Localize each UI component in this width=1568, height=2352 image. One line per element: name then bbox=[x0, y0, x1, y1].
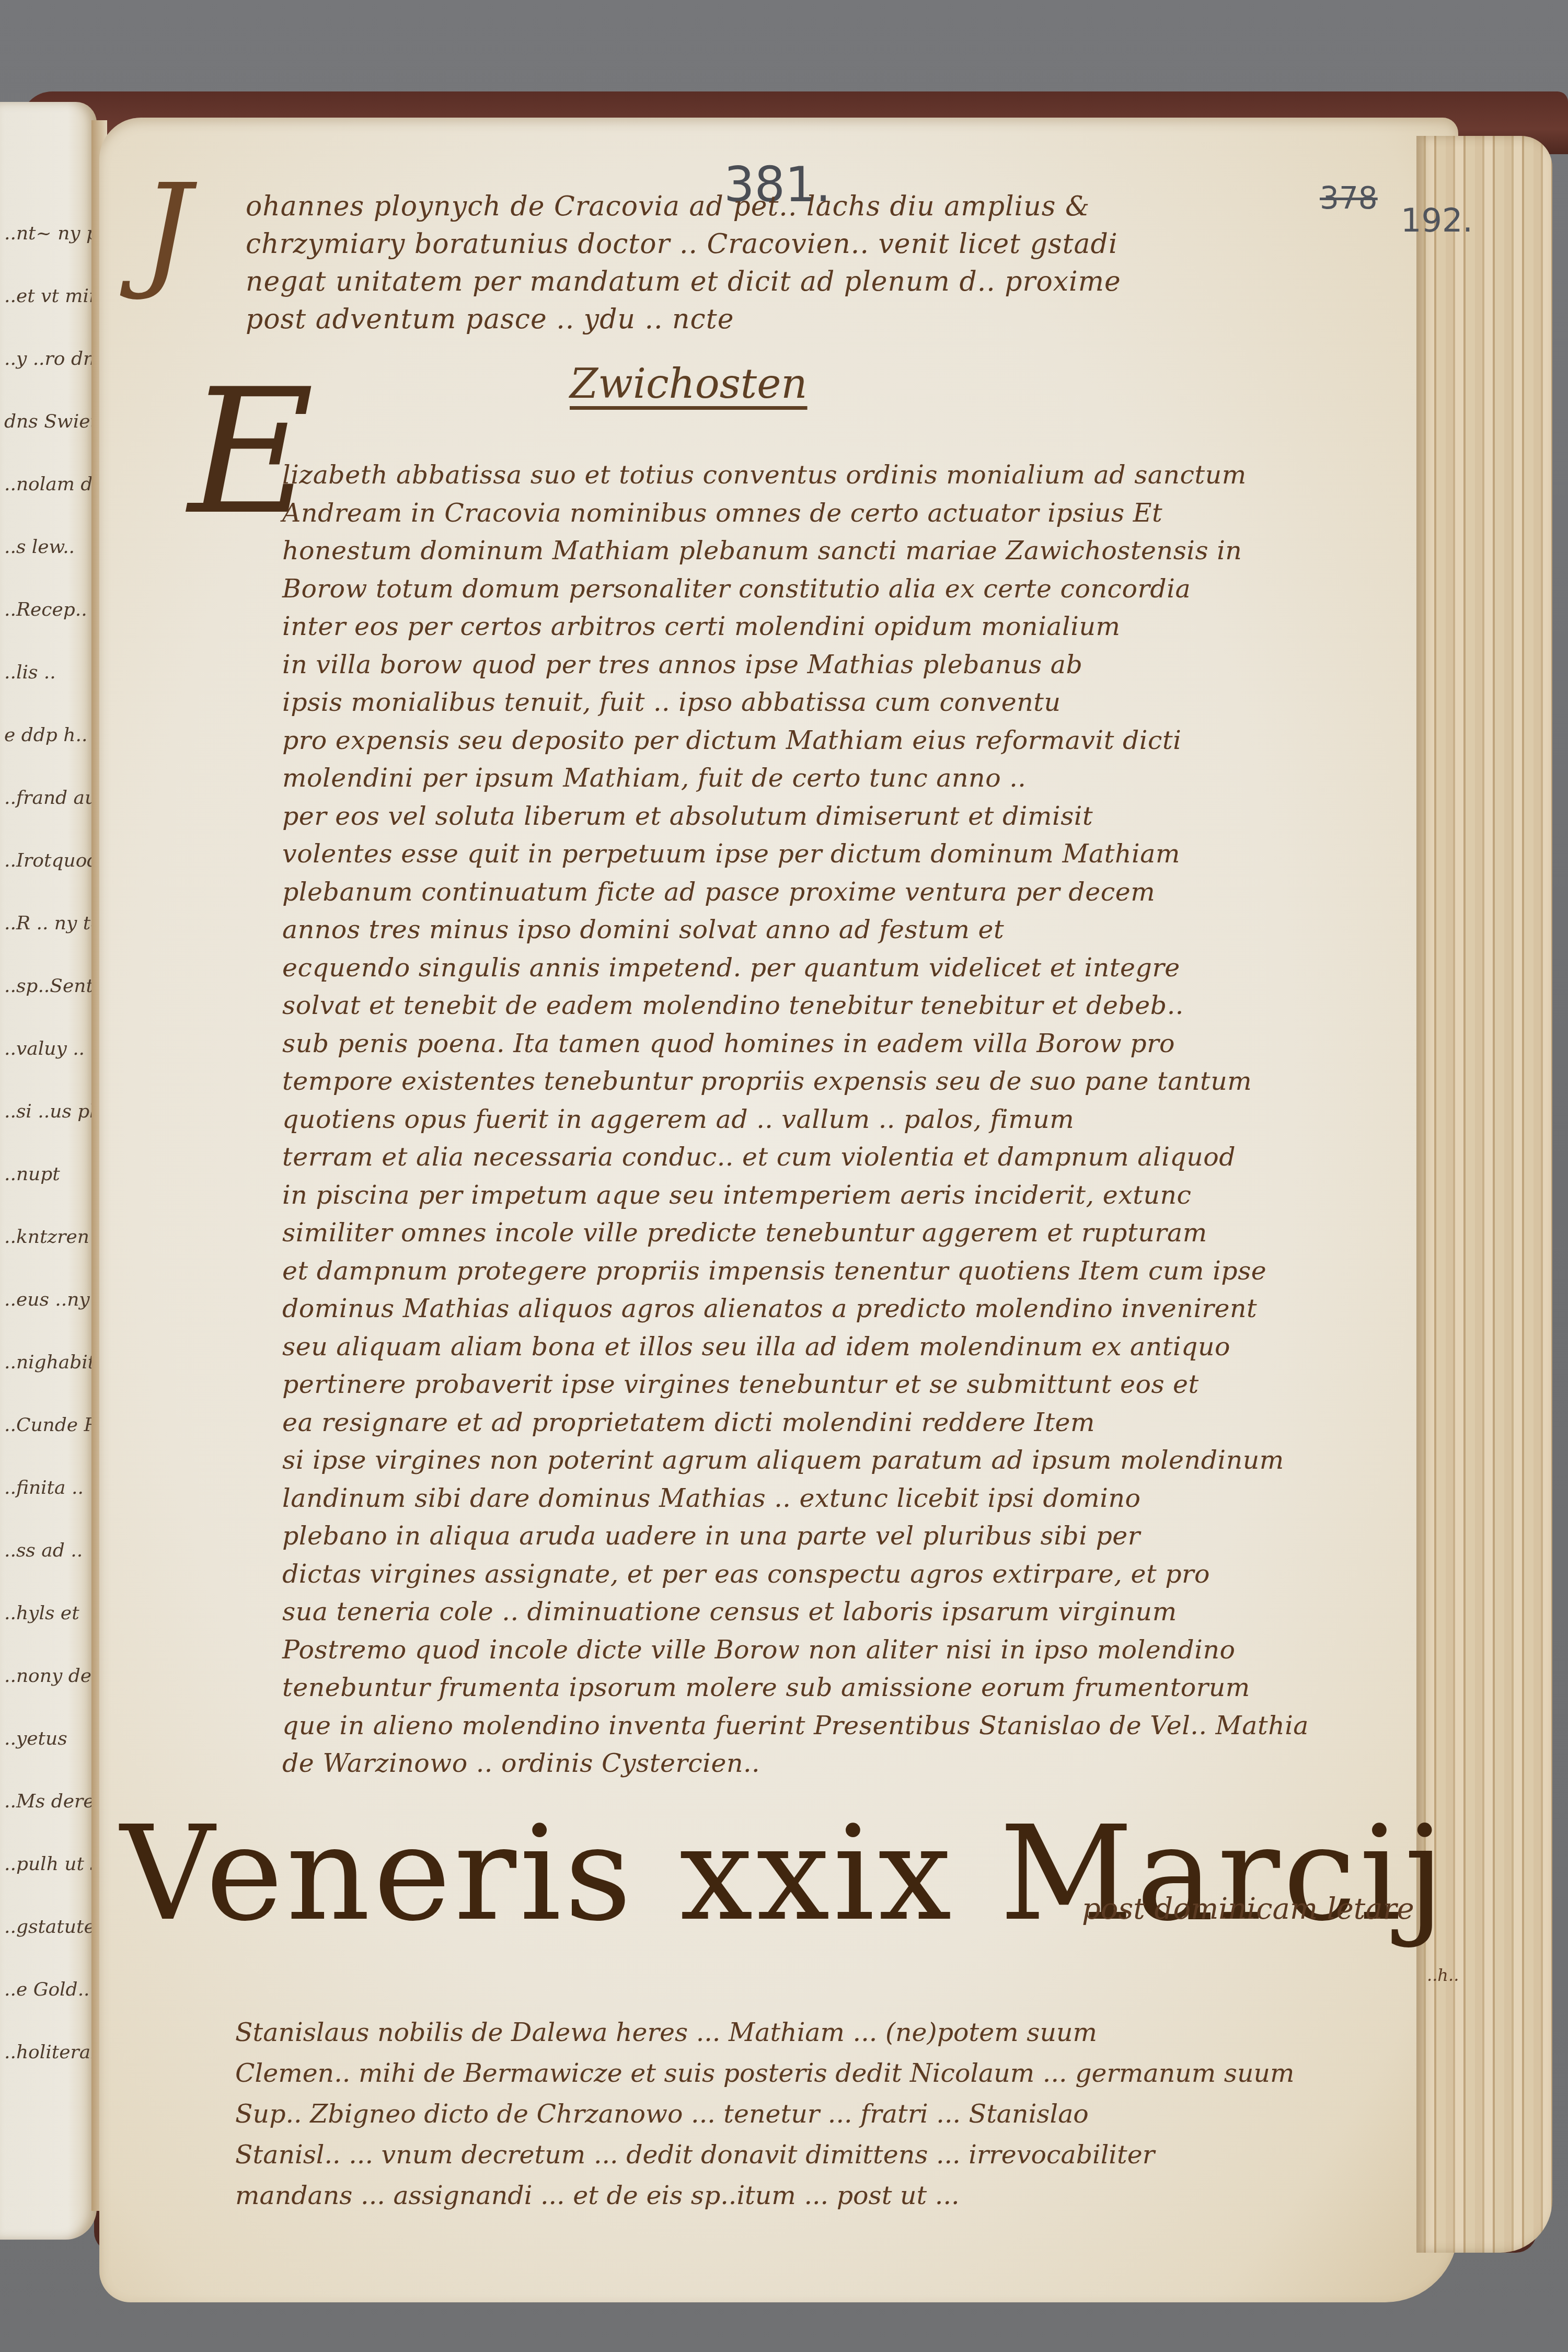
manuscript-line: ..Ms derey bbox=[4, 1790, 105, 1813]
manuscript-line: si ipse virgines non poterint agrum aliq… bbox=[282, 1445, 1284, 1475]
manuscript-line: ..yetus bbox=[4, 1727, 67, 1750]
decorated-initial-j: J bbox=[141, 157, 191, 303]
manuscript-line: ..s lew.. bbox=[4, 536, 75, 559]
manuscript-line: honestum dominum Mathiam plebanum sancti… bbox=[282, 536, 1242, 566]
place-heading: Zwichosten bbox=[570, 361, 808, 408]
manuscript-line: in piscina per impetum aque seu intemper… bbox=[282, 1180, 1192, 1210]
manuscript-line: et dampnum protegere propriis impensis t… bbox=[282, 1256, 1266, 1286]
manuscript-line: landinum sibi dare dominus Mathias .. ex… bbox=[282, 1483, 1141, 1513]
manuscript-line: ..lis .. bbox=[4, 661, 56, 684]
fore-edge-note: ..h.. bbox=[1427, 1965, 1459, 1985]
folio-number: 192. bbox=[1401, 201, 1473, 239]
manuscript-line: pro expensis seu deposito per dictum Mat… bbox=[282, 725, 1181, 755]
manuscript-line: quotiens opus fuerit in aggerem ad .. va… bbox=[282, 1104, 1074, 1134]
manuscript-line: ..kntzren bbox=[4, 1226, 89, 1249]
manuscript-line: solvat et tenebit de eadem molendino ten… bbox=[282, 990, 1184, 1020]
manuscript-line: ..nt~ ny pl bbox=[4, 222, 105, 245]
manuscript-line: Stanisl.. ... vnum decretum ... dedit do… bbox=[235, 2140, 1155, 2170]
manuscript-line: ohannes ploynych de Cracovia ad pet.. la… bbox=[246, 191, 1090, 222]
manuscript-line: dictas virgines assignate, et per eas co… bbox=[282, 1559, 1210, 1589]
manuscript-line: plebano in aliqua aruda uadere in una pa… bbox=[282, 1521, 1140, 1551]
manuscript-line: per eos vel soluta liberum et absolutum … bbox=[282, 801, 1093, 831]
manuscript-line: post adventum pasce .. ydu .. ncte bbox=[246, 304, 734, 335]
manuscript-line: ..eus ..ny bbox=[4, 1288, 90, 1311]
manuscript-line: inter eos per certos arbitros certi mole… bbox=[282, 612, 1120, 641]
manuscript-line: terram et alia necessaria conduc.. et cu… bbox=[282, 1142, 1236, 1172]
manuscript-line: seu aliquam aliam bona et illos seu illa… bbox=[282, 1332, 1230, 1362]
manuscript-line: ..hyls et bbox=[4, 1602, 79, 1625]
manuscript-line: mandans ... assignandi ... et de eis sp.… bbox=[235, 2181, 960, 2210]
manuscript-line: ..pulh ut s bbox=[4, 1853, 100, 1876]
manuscript-line: ipsis monialibus tenuit, fuit .. ipso ab… bbox=[282, 687, 1061, 717]
manuscript-line: dominus Mathias aliquos agros alienatos … bbox=[282, 1294, 1257, 1323]
manuscript-line: molendini per ipsum Mathiam, fuit de cer… bbox=[282, 763, 1026, 793]
manuscript-line: ..ss ad .. bbox=[4, 1539, 83, 1562]
manuscript-line: ea resignare et ad proprietatem dicti mo… bbox=[282, 1408, 1095, 1437]
manuscript-line: Borow totum domum personaliter constitut… bbox=[282, 574, 1191, 604]
manuscript-line: ..e Gold.. bbox=[4, 1978, 90, 2001]
manuscript-line: Stanislaus nobilis de Dalewa heres ... M… bbox=[235, 2017, 1097, 2047]
manuscript-line: plebanum continuatum ficte ad pasce prox… bbox=[282, 877, 1155, 907]
manuscript-line: sub penis poena. Ita tamen quod homines … bbox=[282, 1029, 1175, 1058]
manuscript-line: Clemen.. mihi de Bermawicze et suis post… bbox=[235, 2058, 1295, 2088]
manuscript-line: in villa borow quod per tres annos ipse … bbox=[282, 650, 1082, 679]
manuscript-line: volentes esse quit in perpetuum ipse per… bbox=[282, 839, 1180, 869]
manuscript-line: tempore existentes tenebuntur propriis e… bbox=[282, 1066, 1252, 1096]
manuscript-line: de Warzinowo .. ordinis Cystercien.. bbox=[282, 1748, 760, 1778]
manuscript-line: Postremo quod incole dicte ville Borow n… bbox=[282, 1635, 1235, 1665]
manuscript-line: Andream in Cracovia nominibus omnes de c… bbox=[282, 498, 1162, 528]
manuscript-line: ..finita .. bbox=[4, 1477, 84, 1500]
manuscript-line: chrzymiary boratunius doctor .. Cracovie… bbox=[246, 228, 1118, 260]
manuscript-line: pertinere probaverit ipse virgines teneb… bbox=[282, 1369, 1199, 1399]
manuscript-line: negat unitatem per mandatum et dicit ad … bbox=[246, 266, 1121, 297]
manuscript-line: similiter omnes incole ville predicte te… bbox=[282, 1218, 1207, 1248]
left-page-verso-edge: ..nt~ ny pl..et vt mire..y ..ro dn..dns … bbox=[0, 102, 97, 2240]
manuscript-line: annos tres minus ipso domini solvat anno… bbox=[282, 915, 1004, 944]
manuscript-line: tenebuntur frumenta ipsorum molere sub a… bbox=[282, 1673, 1250, 1702]
manuscript-line: que in alieno molendino inventa fuerint … bbox=[282, 1711, 1309, 1740]
date-rubric-continuation: post dominicam letare bbox=[1082, 1892, 1414, 1926]
manuscript-line: lizabeth abbatissa suo et totius convent… bbox=[282, 460, 1247, 490]
manuscript-line: sua teneria cole .. diminuatione census … bbox=[282, 1597, 1177, 1627]
manuscript-line: ..nupt bbox=[4, 1163, 60, 1186]
manuscript-line: ecquendo singulis annis impetend. per qu… bbox=[282, 953, 1180, 983]
manuscript-line: e ddp h.. bbox=[4, 724, 87, 747]
cancelled-folio-number: 378 bbox=[1320, 180, 1378, 216]
manuscript-line: ..Recep.. bbox=[4, 598, 87, 621]
manuscript-line: Sup.. Zbigneo dicto de Chrzanowo ... ten… bbox=[235, 2099, 1089, 2129]
manuscript-line: ..valuy .. bbox=[4, 1037, 85, 1060]
